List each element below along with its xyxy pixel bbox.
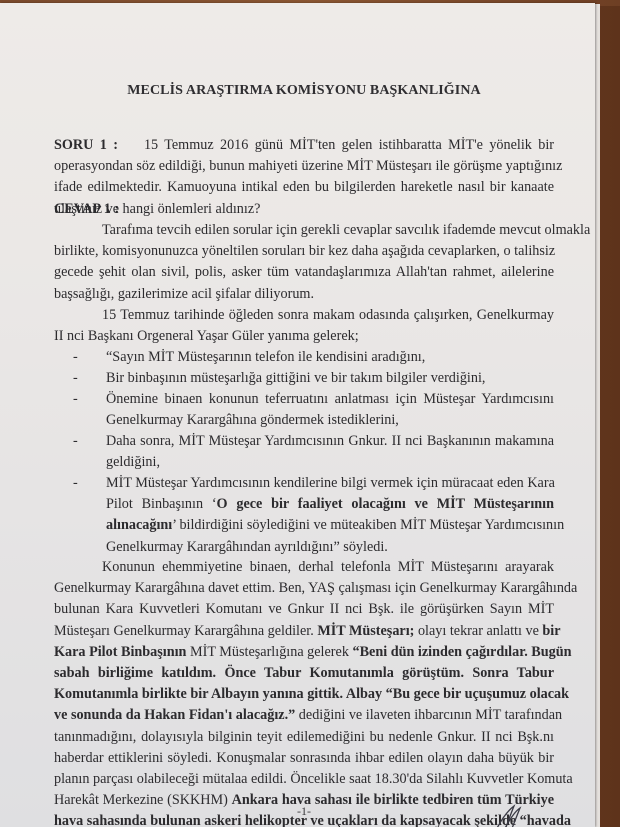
paragraph-line: Müsteşarı Genelkurmay Karargâhına geldil… (54, 621, 554, 642)
bullet-item: - MİT Müsteşar Yardımcısının kendilerine… (106, 473, 554, 558)
bold-text-run: MİT Müsteşarı; (317, 623, 414, 639)
signature-icon (492, 804, 532, 827)
bullet-item: - “Sayın MİT Müsteşarının telefon ile ke… (106, 347, 554, 368)
bullet-line: Önemine binaen konunun teferruatını anla… (106, 389, 554, 410)
question-line: SORU 1 :15 Temmuz 2016 günü MİT'ten gele… (54, 135, 554, 156)
answer-paragraph-1: Tarafıma tevcih edilen sorular için gere… (54, 220, 554, 305)
bullet-line: “Sayın MİT Müsteşarının telefon ile kend… (106, 347, 554, 368)
text-run: olayı tekrar anlattı ve (414, 623, 542, 639)
bullet-line: alınacağını’ bildirdiğini söylediğini ve… (106, 515, 554, 536)
question-line: ifade edilmektedir. Kamuoyuna intikal ed… (54, 177, 554, 198)
paragraph-line: sabah birliğime katıldım. Önce Tabur Kom… (54, 663, 554, 684)
paragraph-line: gecede şehit olan sivil, polis, asker tü… (54, 262, 554, 283)
document-page: MECLİS ARAŞTIRMA KOMİSYONU BAŞKANLIĞINA … (0, 3, 595, 827)
bullet-item: - Daha sonra, MİT Müsteşar Yardımcısının… (106, 431, 554, 473)
text-run: Pilot Binbaşının ‘ (106, 496, 217, 512)
bullet-line: geldiğini, (106, 452, 554, 473)
bullet-item: - Önemine binaen konunun teferruatını an… (106, 389, 554, 431)
text-run: MİT Müsteşarlığına gelerek (186, 644, 352, 660)
dash-bullet-icon: - (73, 389, 78, 410)
paragraph-line: Kara Pilot Binbaşının MİT Müsteşarlığına… (54, 642, 554, 663)
answer-label: CEVAP 1 : (54, 199, 554, 220)
dash-bullet-icon: - (73, 431, 78, 452)
page-number: -1- (54, 801, 554, 822)
bold-text-run: “Beni dün izinden çağırdılar. Bugün (352, 644, 571, 660)
dash-bullet-icon: - (73, 473, 78, 494)
dash-bullet-icon: - (73, 368, 78, 389)
paragraph-line: haberdar ettiklerini söyledi. Konuşmalar… (54, 748, 554, 769)
text-run: dediğini ve ilaveten ihbarcının MİT tara… (295, 707, 562, 723)
bold-text-run: O gece bir faaliyet olacağını ve MİT Müs… (217, 496, 554, 512)
paragraph-line: 15 Temmuz tarihinde öğleden sonra makam … (54, 305, 554, 326)
bold-text-run: ve sonunda da Hakan Fidan'ı alacağız.” (54, 707, 295, 723)
bullet-line: Genelkurmay Karargâhından ayrıldığını” s… (106, 537, 554, 558)
paragraph-line: Tarafıma tevcih edilen sorular için gere… (54, 220, 554, 241)
paragraph-line: planın parçası olabileceği mütalaa edild… (54, 769, 554, 790)
bullet-line: Daha sonra, MİT Müsteşar Yardımcısının G… (106, 431, 554, 452)
paragraph-line: bulunan Kara Kuvvetleri Komutanı ve Gnku… (54, 599, 554, 620)
bullet-line: Bir binbaşının müsteşarlığa gittiğini ve… (106, 368, 554, 389)
bold-text-run: alınacağını (106, 517, 172, 533)
paragraph-line: Komutanımla birlikte bir Albayın yanına … (54, 684, 554, 705)
paragraph-line: başsağlığı, gazilerimize acil şifalar di… (54, 284, 554, 305)
answer-paragraph-3: Konunun ehemmiyetine binaen, derhal tele… (54, 557, 554, 827)
bullet-line: MİT Müsteşar Yardımcısının kendilerine b… (106, 473, 554, 494)
dash-bullet-icon: - (73, 347, 78, 368)
question-text: 15 Temmuz 2016 günü MİT'ten gelen istihb… (144, 137, 554, 153)
bullet-line: Genelkurmay Karargâhına göndermek istedi… (106, 410, 554, 431)
paragraph-line: tanınmadığını, dolayısıyla bilginin teyi… (54, 727, 554, 748)
bold-text-run: bir (542, 623, 560, 639)
paragraph-line: ve sonunda da Hakan Fidan'ı alacağız.” d… (54, 705, 554, 726)
text-run: ’ bildirdiğini söylediğini ve müteakiben… (172, 517, 564, 533)
bold-text-run: Kara Pilot Binbaşının (54, 644, 186, 660)
question-line: operasyondan söz edildiği, bunun mahiyet… (54, 156, 554, 177)
paragraph-line: II nci Başkanı Orgeneral Yaşar Güler yan… (54, 326, 554, 347)
paragraph-line: Genelkurmay Karargâhına davet ettim. Ben… (54, 578, 554, 599)
text-run: Müsteşarı Genelkurmay Karargâhına geldil… (54, 623, 317, 639)
question-label: SORU 1 : (54, 137, 118, 153)
bullet-line: Pilot Binbaşının ‘O gece bir faaliyet ol… (106, 494, 554, 515)
answer-paragraph-2: 15 Temmuz tarihinde öğleden sonra makam … (54, 305, 554, 347)
bullet-item: - Bir binbaşının müsteşarlığa gittiğini … (106, 368, 554, 389)
paragraph-line: birlikte, komisyonunuzca yöneltilen soru… (54, 241, 554, 262)
document-title: MECLİS ARAŞTIRMA KOMİSYONU BAŞKANLIĞINA (54, 80, 554, 101)
paragraph-line: Konunun ehemmiyetine binaen, derhal tele… (54, 557, 554, 578)
